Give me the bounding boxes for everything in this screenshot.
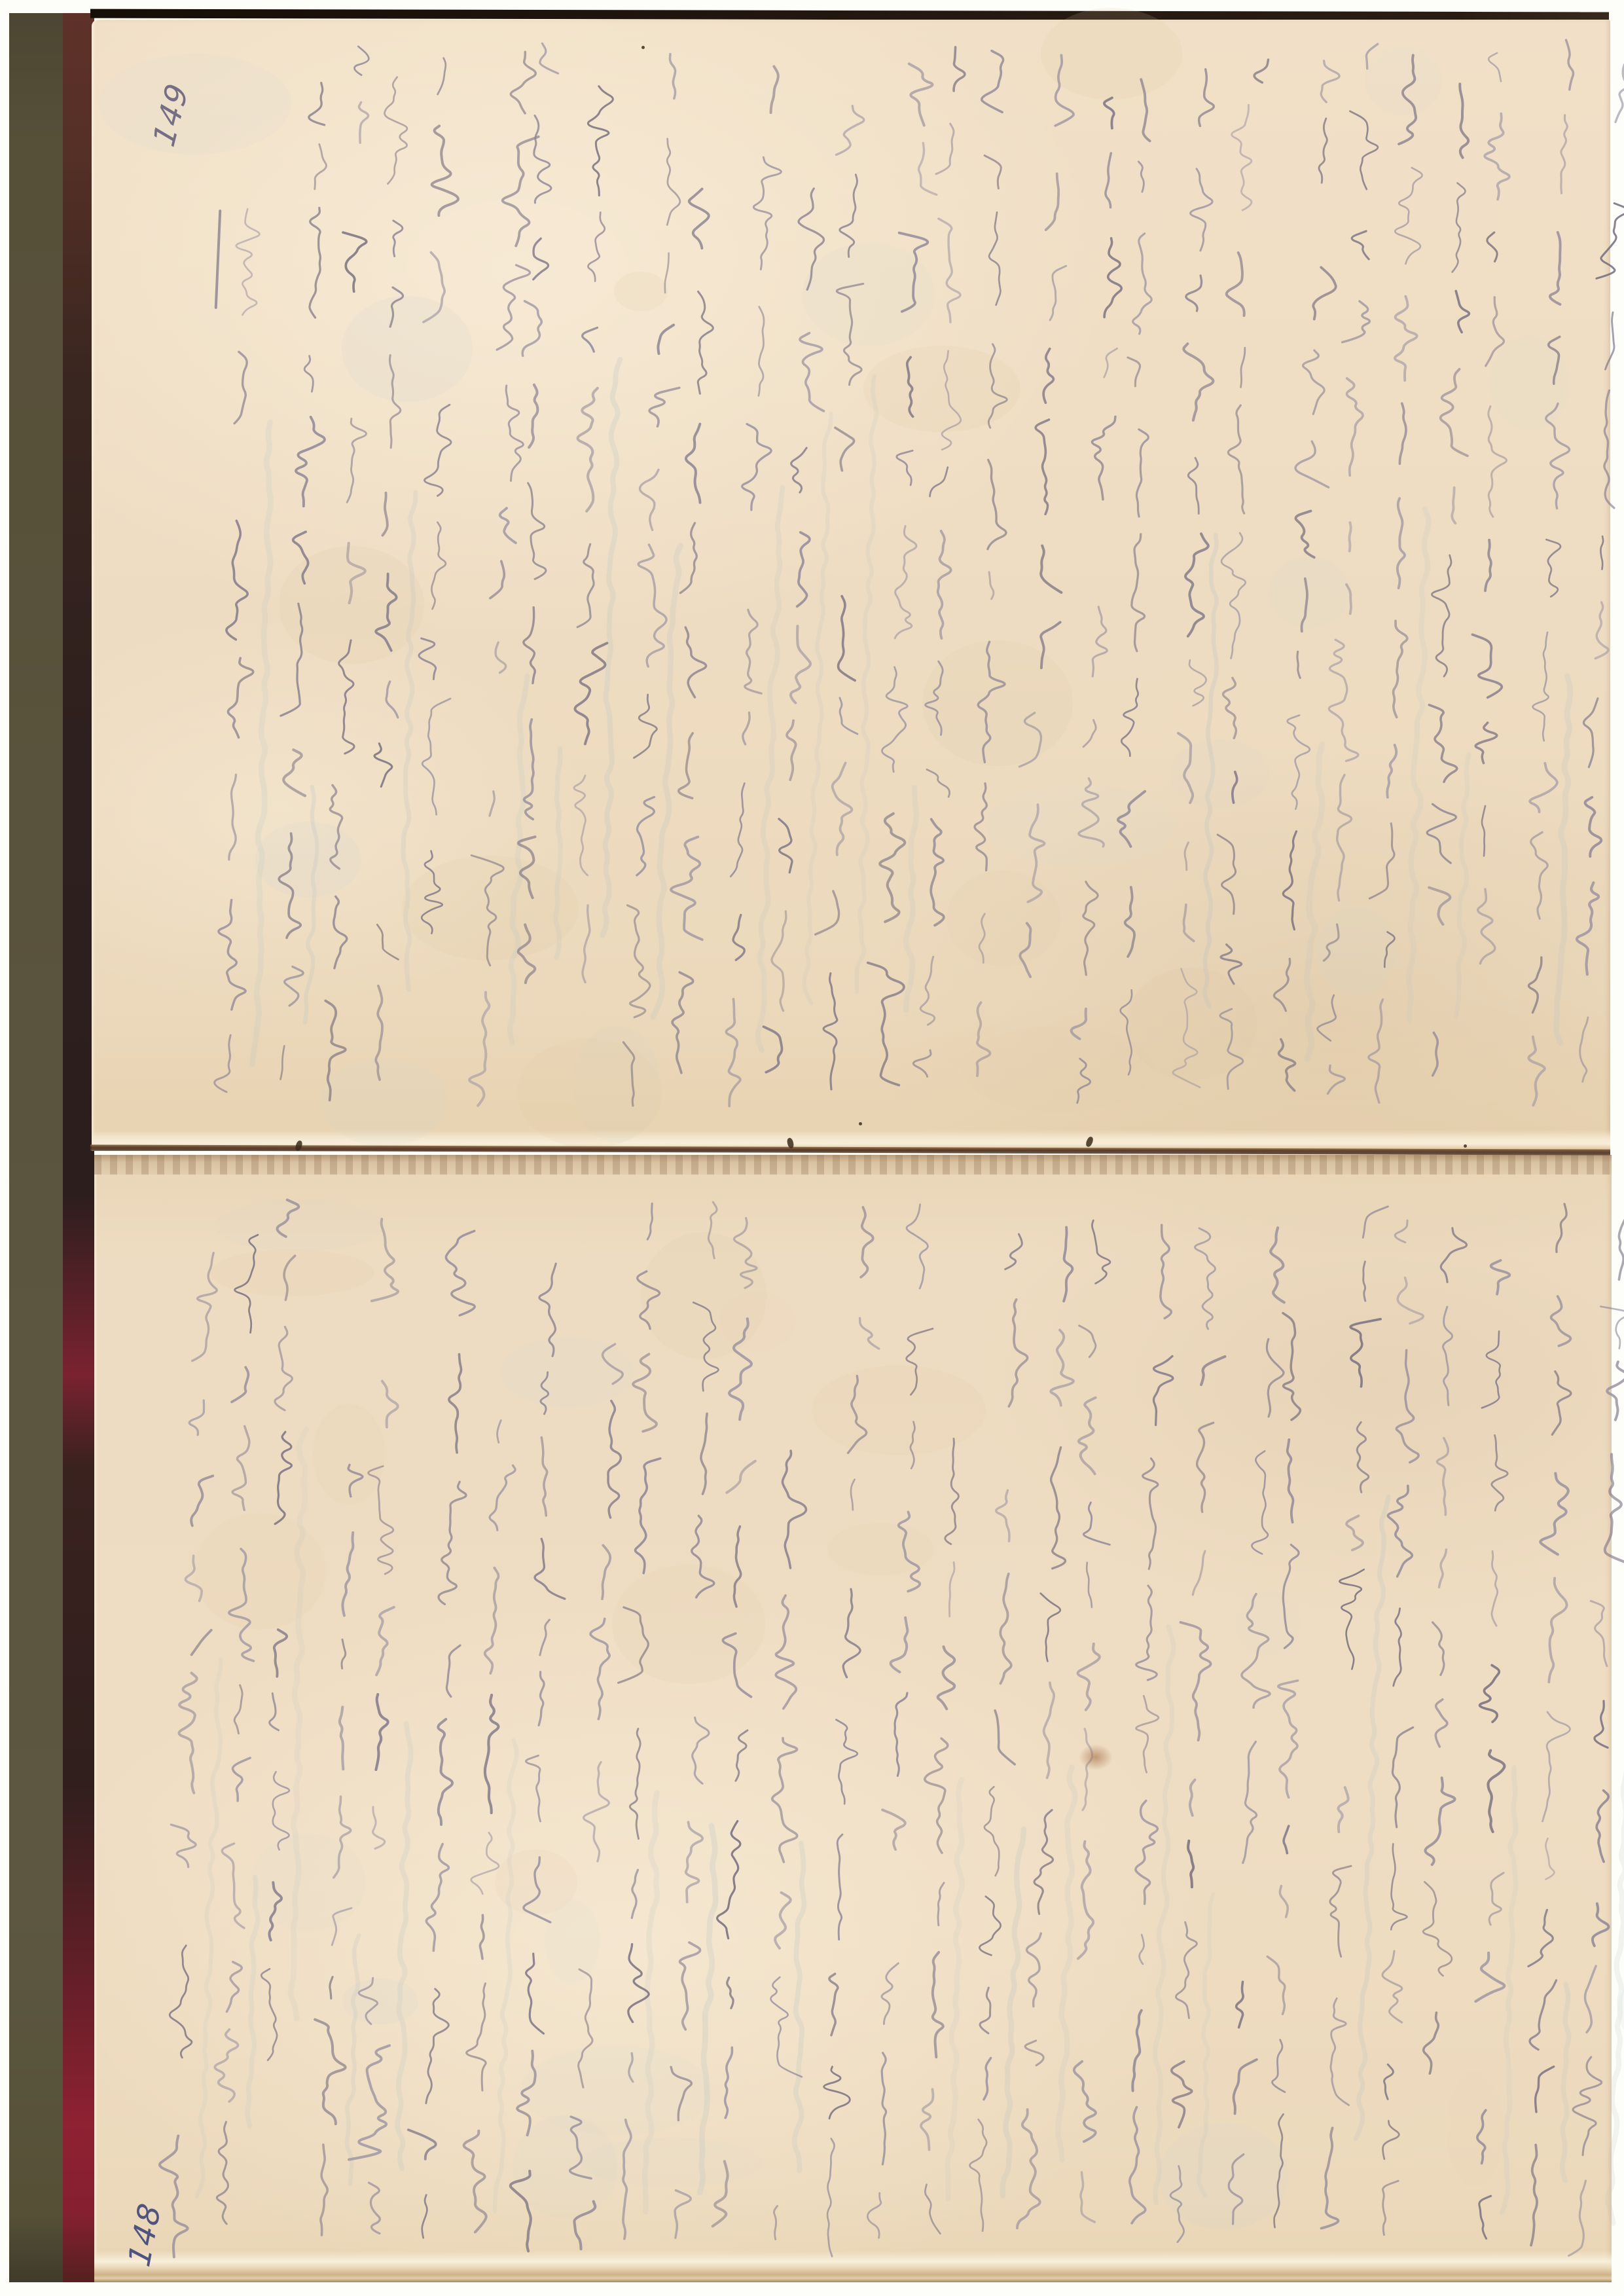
- book-cover-edge-red: [63, 13, 94, 2282]
- dust-speck: [859, 1122, 862, 1125]
- dust-speck: [641, 46, 645, 49]
- page-149: [92, 20, 1610, 1151]
- dust-speck: [1464, 1144, 1467, 1148]
- book-cover-edge-olive: [9, 13, 67, 2282]
- scanned-book-spread: 149 148: [0, 0, 1624, 2296]
- paper-stain: [1079, 1744, 1113, 1770]
- page-148: [94, 1155, 1612, 2282]
